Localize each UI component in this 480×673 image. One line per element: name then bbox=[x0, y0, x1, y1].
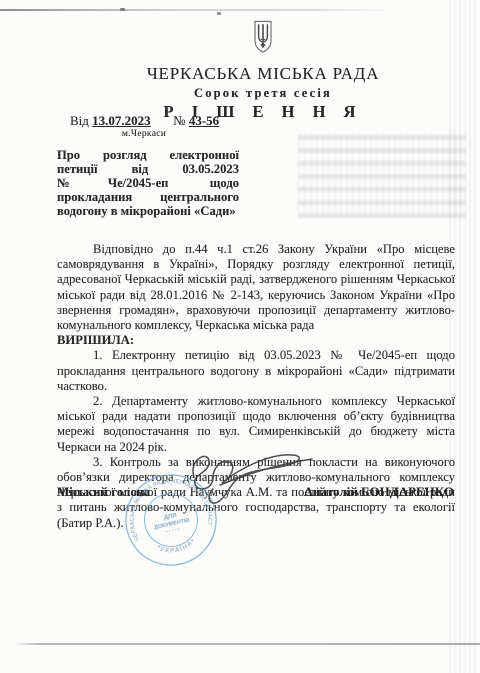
scan-artifact-top-line bbox=[0, 9, 392, 11]
svg-text:*УКРАЇНА*: *УКРАЇНА* bbox=[154, 536, 199, 558]
resolved-label: ВИРІШИЛА: bbox=[57, 333, 455, 348]
number-sign: № bbox=[173, 113, 185, 128]
ukraine-trident-emblem-icon bbox=[251, 14, 275, 60]
handwritten-signature bbox=[180, 443, 322, 517]
scan-bleedthrough-noise bbox=[298, 132, 466, 218]
signer-role: Міський голова bbox=[57, 484, 150, 500]
preamble-paragraph: Відповідно до п.44 ч.1 ст.26 Закону Укра… bbox=[57, 242, 455, 333]
signature-row: Міський голова Анатолій БОНДАРЕНКО bbox=[57, 484, 454, 500]
decision-number: 43-56 bbox=[189, 113, 219, 128]
city-label: м.Черкаси bbox=[70, 129, 218, 139]
scanned-decision-document: ЧЕРКАСЬКА МІСЬКА РАДА Сорок третя сесія … bbox=[0, 0, 480, 673]
signer-name: Анатолій БОНДАРЕНКО bbox=[304, 484, 454, 500]
decision-date: 13.07.2023 bbox=[92, 113, 151, 128]
reference-row: Від 13.07.2023 № 43-56 bbox=[70, 113, 219, 129]
date-label: Від bbox=[70, 113, 89, 128]
council-name: ЧЕРКАСЬКА МІСЬКА РАДА bbox=[46, 64, 480, 84]
resolution-item: 1. Електронну петицію від 03.05.2023 № Ч… bbox=[57, 348, 455, 394]
decision-subject: Про розгляд електронної петиції від 03.0… bbox=[57, 148, 239, 218]
scan-artifact-dot bbox=[120, 8, 125, 11]
scan-artifact-bottom-line bbox=[13, 643, 480, 645]
seal-bottom-text: *УКРАЇНА* bbox=[154, 536, 199, 558]
document-header: ЧЕРКАСЬКА МІСЬКА РАДА Сорок третя сесія … bbox=[46, 14, 480, 122]
session-line: Сорок третя сесія bbox=[46, 86, 480, 101]
